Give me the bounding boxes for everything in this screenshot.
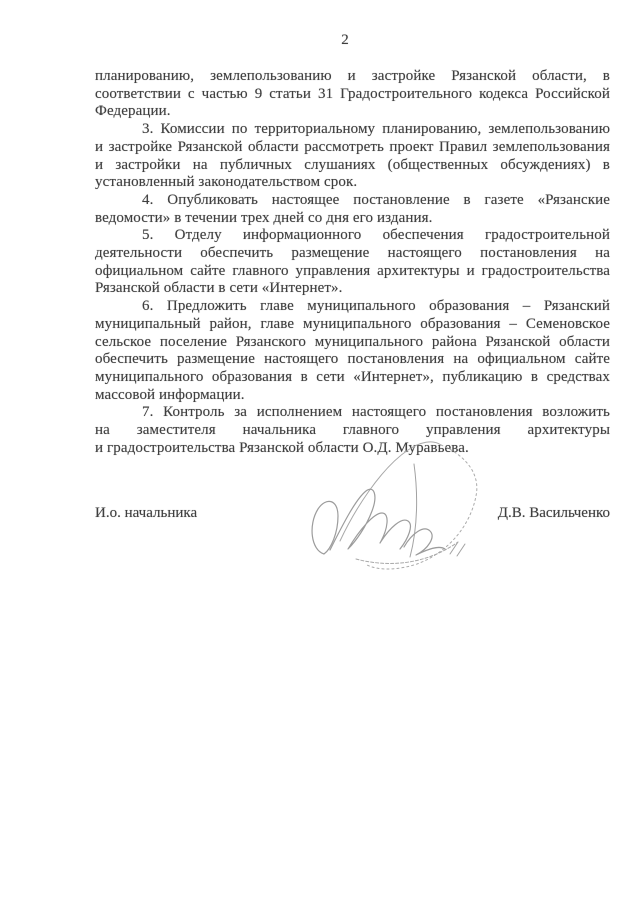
text-line: установленный законодательством срок.	[95, 174, 610, 192]
text-line: 5. Отделу информационного обеспечения гр…	[95, 227, 610, 245]
text-line: 4. Опубликовать настоящее постановление …	[95, 192, 610, 210]
text-line: Федерации.	[95, 103, 610, 121]
signer-position-label: И.о. начальника	[95, 504, 197, 522]
text-line: соответствии с частью 9 статьи 31 Градос…	[95, 86, 610, 104]
text-line: 7. Контроль за исполнением настоящего по…	[95, 404, 610, 422]
text-line: муниципального образования в сети «Интер…	[95, 369, 610, 387]
text-line: деятельности обеспечить размещение насто…	[95, 245, 610, 263]
signer-name-label: Д.В. Васильченко	[498, 504, 610, 522]
text-line: муниципальный район, главе муниципальног…	[95, 316, 610, 334]
text-line: обеспечить размещение настоящего постано…	[95, 351, 610, 369]
text-line: на заместителя начальника главного управ…	[95, 422, 610, 440]
text-line: массовой информации.	[95, 387, 610, 405]
text-line: 3. Комиссии по территориальному планиров…	[95, 121, 610, 139]
text-line: 6. Предложить главе муниципального образ…	[95, 298, 610, 316]
text-line: ведомости» в течении трех дней со дня ег…	[95, 210, 610, 228]
document-body: планированию, землепользованию и застрой…	[95, 68, 610, 457]
text-line: и застройке Рязанской области рассмотрет…	[95, 139, 610, 157]
text-line: сельское поселение Рязанского муниципаль…	[95, 334, 610, 352]
page-number: 2	[95, 31, 595, 49]
signature-block: И.о. начальника Д.В. Васильченко	[95, 504, 610, 522]
text-line: и застройки на публичных слушаниях (обще…	[95, 157, 610, 175]
document-page: 2 планированию, землепользованию и застр…	[0, 0, 640, 905]
text-line: планированию, землепользованию и застрой…	[95, 68, 610, 86]
text-line: Рязанской области в сети «Интернет».	[95, 280, 610, 298]
text-line: и градостроительства Рязанской области О…	[95, 440, 610, 458]
text-line: официальном сайте главного управления ар…	[95, 263, 610, 281]
